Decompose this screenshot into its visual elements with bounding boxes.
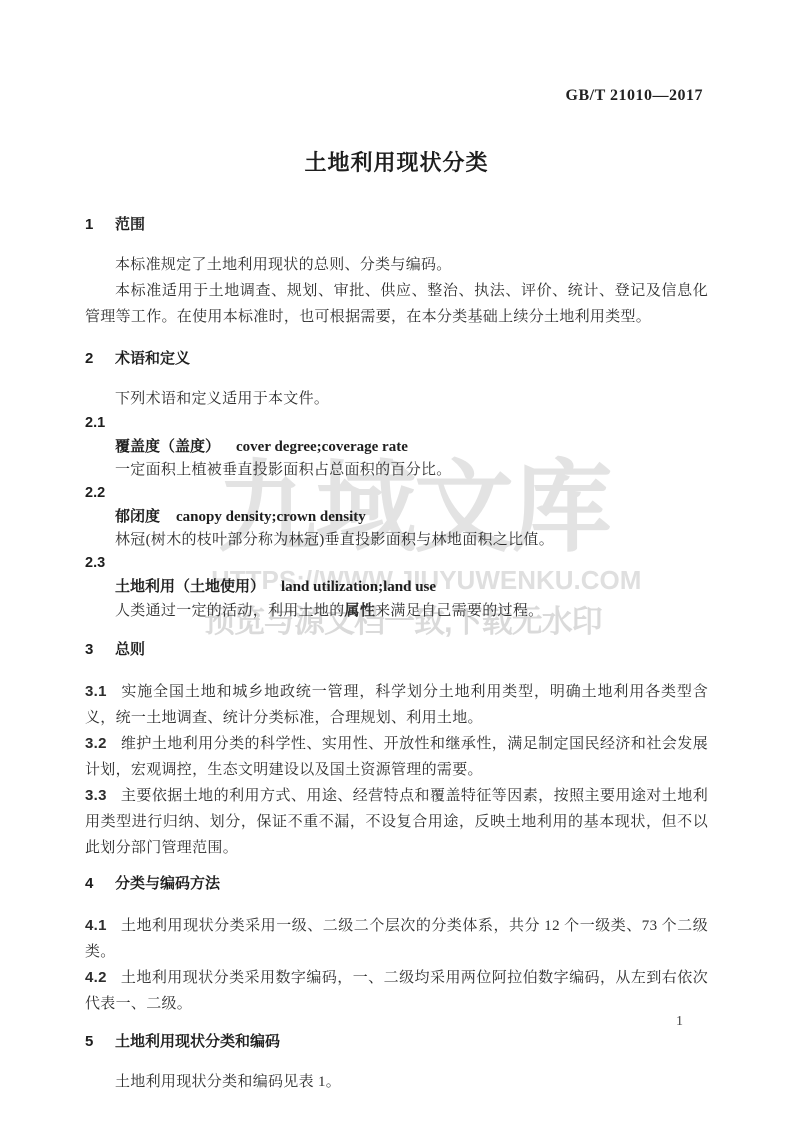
- section-1-heading: 1范围: [85, 212, 708, 238]
- section-number: 4: [85, 871, 115, 897]
- clause-number: 3.1: [85, 683, 121, 700]
- term-number: 2.1: [85, 412, 708, 435]
- term-headword: 郁闭度canopy density;crown density: [85, 505, 708, 529]
- term-english: canopy density;crown density: [176, 509, 366, 525]
- clause-text: 实施全国土地和城乡地政统一管理，科学划分土地利用类型，明确土地利用各类型含义，统…: [85, 684, 708, 726]
- clause-number: 4.2: [85, 969, 121, 986]
- section-5-heading: 5土地利用现状分类和编码: [85, 1029, 708, 1055]
- term-number: 2.3: [85, 552, 708, 575]
- section-title: 术语和定义: [115, 350, 190, 367]
- paragraph: 本标准规定了土地利用现状的总则、分类与编码。: [85, 252, 708, 278]
- term-english: land utilization;land use: [281, 579, 436, 595]
- term-chinese: 郁闭度: [115, 508, 160, 525]
- section-number: 3: [85, 637, 115, 663]
- section-title: 总则: [115, 641, 145, 658]
- clause-4-1: 4.1土地利用现状分类采用一级、二级二个层次的分类体系，共分 12 个一级类、7…: [85, 913, 708, 965]
- page-number: 1: [676, 1014, 683, 1030]
- paragraph: 下列术语和定义适用于本文件。: [85, 386, 708, 412]
- definition-text: 来满足自己需要的过程。: [375, 603, 543, 619]
- clause-3-3: 3.3主要依据土地的利用方式、用途、经营特点和覆盖特征等因素，按照主要用途对土地…: [85, 783, 708, 861]
- term-headword: 土地利用（土地使用）land utilization;land use: [85, 575, 708, 599]
- term-definition: 林冠(树木的枝叶部分称为林冠)垂直投影面积与林地面积之比值。: [85, 529, 708, 552]
- term-number: 2.2: [85, 482, 708, 505]
- section-4-heading: 4分类与编码方法: [85, 871, 708, 897]
- clause-text: 维护土地利用分类的科学性、实用性、开放性和继承性，满足制定国民经济和社会发展计划…: [85, 736, 708, 778]
- clause-text: 土地利用现状分类采用数字编码，一、二级均采用两位阿拉伯数字编码，从左到右依次代表…: [85, 970, 708, 1012]
- document-content: 土地利用现状分类 1范围 本标准规定了土地利用现状的总则、分类与编码。 本标准适…: [0, 0, 793, 1095]
- term-entry-2-3: 2.3 土地利用（土地使用）land utilization;land use …: [85, 552, 708, 623]
- paragraph: 本标准适用于土地调查、规划、审批、供应、整治、执法、评价、统计、登记及信息化管理…: [85, 278, 708, 330]
- standard-number: GB/T 21010—2017: [566, 87, 703, 105]
- section-number: 1: [85, 212, 115, 238]
- term-chinese: 土地利用（土地使用）: [115, 578, 265, 595]
- term-definition: 一定面积上植被垂直投影面积占总面积的百分比。: [85, 459, 708, 482]
- clause-3-2: 3.2维护土地利用分类的科学性、实用性、开放性和继承性，满足制定国民经济和社会发…: [85, 731, 708, 783]
- clause-text: 主要依据土地的利用方式、用途、经营特点和覆盖特征等因素，按照主要用途对土地利用类…: [85, 788, 708, 856]
- clause-4-2: 4.2土地利用现状分类采用数字编码，一、二级均采用两位阿拉伯数字编码，从左到右依…: [85, 965, 708, 1017]
- section-title: 分类与编码方法: [115, 875, 220, 892]
- clause-number: 3.2: [85, 735, 121, 752]
- clause-3-1: 3.1实施全国土地和城乡地政统一管理，科学划分土地利用类型，明确土地利用各类型含…: [85, 679, 708, 731]
- section-title: 土地利用现状分类和编码: [115, 1033, 280, 1050]
- term-definition: 人类通过一定的活动，利用土地的属性来满足自己需要的过程。: [85, 599, 708, 623]
- term-headword: 覆盖度（盖度）cover degree;coverage rate: [85, 435, 708, 459]
- clause-number: 4.1: [85, 917, 121, 934]
- term-english: cover degree;coverage rate: [236, 439, 408, 455]
- term-entry-2-2: 2.2 郁闭度canopy density;crown density 林冠(树…: [85, 482, 708, 552]
- section-3-heading: 3总则: [85, 637, 708, 663]
- clause-text: 土地利用现状分类采用一级、二级二个层次的分类体系，共分 12 个一级类、73 个…: [85, 918, 708, 960]
- document-title: 土地利用现状分类: [85, 148, 708, 178]
- section-title: 范围: [115, 216, 145, 233]
- document-page: 九域文库 HTTPS://WWW.JIUYUWENKU.COM 预览与源文档一致…: [0, 0, 793, 1122]
- definition-bold-word: 属性: [345, 602, 376, 619]
- section-number: 5: [85, 1029, 115, 1055]
- paragraph: 土地利用现状分类和编码见表 1。: [85, 1069, 708, 1095]
- section-number: 2: [85, 346, 115, 372]
- clause-number: 3.3: [85, 787, 121, 804]
- term-chinese: 覆盖度（盖度）: [115, 438, 220, 455]
- definition-text: 人类通过一定的活动，利用土地的: [115, 603, 345, 619]
- section-2-heading: 2术语和定义: [85, 346, 708, 372]
- term-entry-2-1: 2.1 覆盖度（盖度）cover degree;coverage rate 一定…: [85, 412, 708, 482]
